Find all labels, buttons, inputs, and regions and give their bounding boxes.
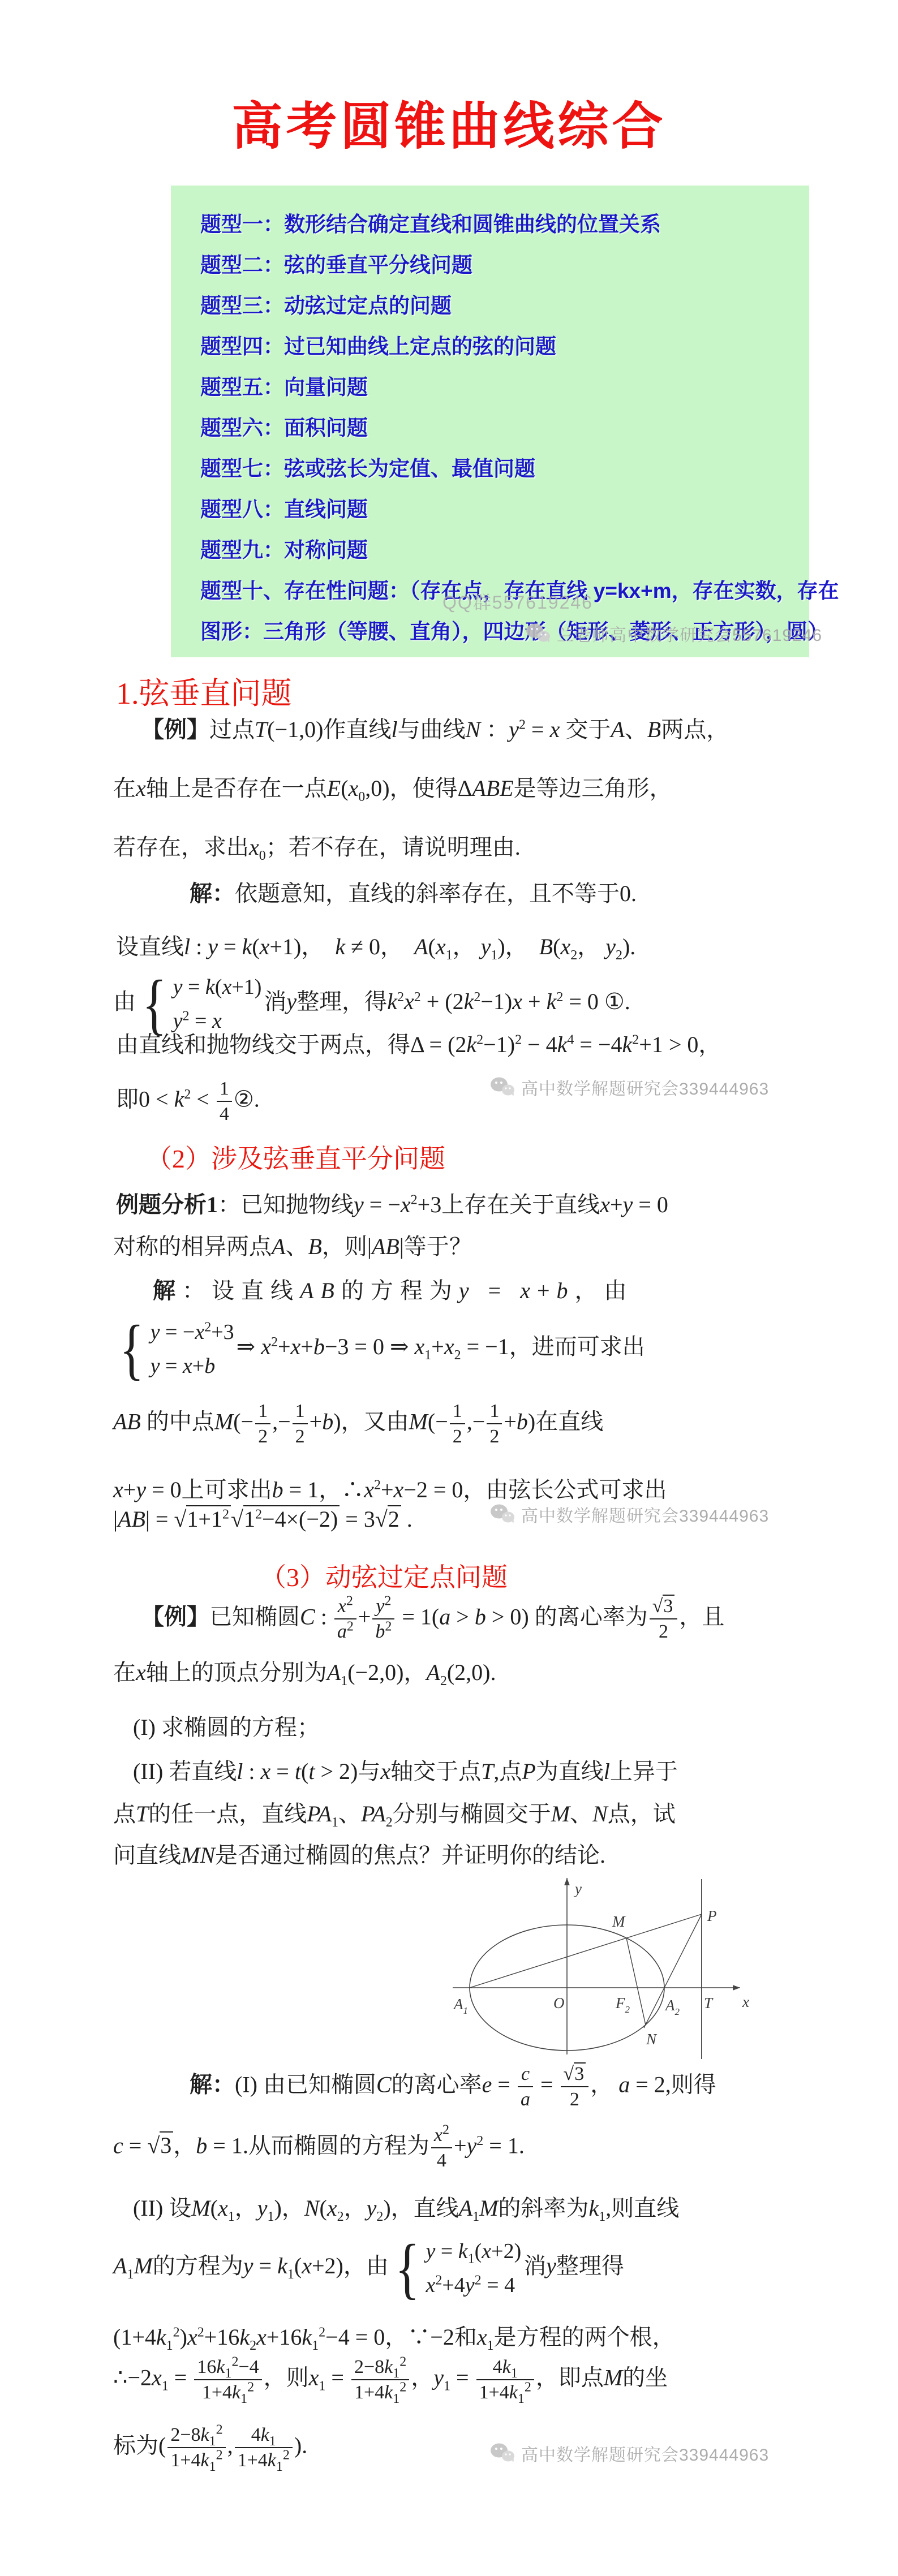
body-line: 由直线和抛物线交于两点，得Δ = (2k2−1)2 − 4k4 = −4k2+1… bbox=[116, 1027, 721, 1059]
body-line: |AB| = √1+12√12−4×(−2) = 3√2 . bbox=[113, 1506, 413, 1532]
wechat-watermark-body-3: 高中数学解题研究会339444963 bbox=[489, 2441, 769, 2466]
body-line: 对称的相异两点A、B，则|AB|等于？ bbox=[113, 1229, 472, 1261]
body-line: 标为(2−8k121+4k12,4k11+4k12). bbox=[113, 2424, 307, 2471]
topic-item-2: 题型二：弦的垂直平分线问题 bbox=[200, 248, 472, 278]
wechat-icon bbox=[489, 2442, 515, 2465]
topic-item-1: 题型一：数形结合确定直线和圆锥曲线的位置关系 bbox=[200, 207, 661, 238]
body-line: 解：(I) 由已知椭圆C的离心率e = ca = √32， a = 2,则得 bbox=[190, 2063, 716, 2110]
segment-A1-P bbox=[470, 1914, 702, 1988]
body-line: 【例】过点T(−1,0)作直线l与曲线N ：y2 = x 交于A、B两点， bbox=[141, 712, 729, 744]
body-line: AB 的中点M(−12,−12+b)，又由M(−12,−12+b)在直线 bbox=[113, 1400, 603, 1448]
figure-label-T: T bbox=[704, 1995, 714, 2011]
figure-label-P: P bbox=[707, 1907, 717, 1924]
body-line: 例题分析1：已知抛物线y = −x2+3上存在关于直线x+y = 0 bbox=[116, 1187, 668, 1219]
section-heading-3: （3）动弦过定点问题 bbox=[260, 1557, 508, 1594]
wechat-watermark-green: 兰老师高中数学研究会557619246 bbox=[525, 621, 822, 646]
topic-item-9: 题型九：对称问题 bbox=[200, 533, 368, 563]
figure-label-M: M bbox=[612, 1913, 626, 1930]
body-line: 在x轴上的顶点分别为A1(−2,0)，A2(2,0). bbox=[113, 1655, 496, 1687]
wechat-watermark-text: 兰老师高中数学研究会557619246 bbox=[557, 621, 822, 646]
wechat-watermark-body-2: 高中数学解题研究会339444963 bbox=[489, 1502, 769, 1527]
body-line: 解：设直线AB的方程为y = x+b，由 bbox=[153, 1273, 634, 1305]
ellipse-figure: y x O A1 F2 A2 T M P N bbox=[390, 1867, 758, 2065]
figure-label-A1: A1 bbox=[453, 1996, 468, 2016]
section-heading-1: 1.弦垂直问题 bbox=[116, 669, 292, 713]
topic-item-4: 题型四：过已知曲线上定点的弦的问题 bbox=[200, 329, 556, 360]
section-heading-2: （2）涉及弦垂直平分问题 bbox=[146, 1138, 445, 1175]
body-line: x+y = 0上可求出b = 1，∴x2+x−2 = 0，由弦长公式可求出 bbox=[113, 1472, 667, 1504]
topic-item-5: 题型五：向量问题 bbox=[200, 370, 368, 400]
body-line: 若存在，求出x0；若不存在，请说明理由. bbox=[113, 829, 521, 861]
figure-label-A2: A2 bbox=[664, 1997, 680, 2017]
topic-item-6: 题型六：面积问题 bbox=[200, 411, 368, 441]
body-line: 设直线l : y = k(x+1)， k ≠ 0， A(x1， y1)， B(x… bbox=[116, 929, 635, 961]
body-line: {y = −x2+3y = x+b⇒ x2+x+b−3 = 0 ⇒ x1+x2 … bbox=[113, 1315, 645, 1383]
page-title: 高考圆锥曲线综合 bbox=[232, 85, 667, 158]
wechat-watermark-text: 高中数学解题研究会339444963 bbox=[521, 1502, 769, 1527]
topic-item-7: 题型七：弦或弦长为定值、最值问题 bbox=[200, 451, 535, 482]
topics-box: 题型一：数形结合确定直线和圆锥曲线的位置关系 题型二：弦的垂直平分线问题 题型三… bbox=[171, 186, 809, 657]
qq-watermark: QQ群557619246 bbox=[442, 588, 593, 614]
body-line: (I) 求椭圆的方程； bbox=[133, 1709, 320, 1742]
body-line: 【例】已知椭圆C : x2a2+y2b2 = 1(a > b > 0) 的离心率… bbox=[141, 1595, 724, 1643]
figure-label-y: y bbox=[573, 1880, 582, 1897]
body-line: (II) 设M(x1，y1)，N(x2，y2)，直线A1M的斜率为k1,则直线 bbox=[133, 2190, 679, 2222]
figure-label-N: N bbox=[646, 2031, 658, 2048]
figure-label-x: x bbox=[742, 1993, 749, 2010]
wechat-icon bbox=[489, 1503, 515, 1526]
body-line: 在x轴上是否存在一点E(x0,0)，使得ΔABE是等边三角形， bbox=[113, 770, 672, 803]
body-line: c = √3，b = 1.从而椭圆的方程为x24+y2 = 1. bbox=[113, 2124, 525, 2172]
body-line: A1M的方程为y = k1(x+2)，由{y = k1(x+2)x2+4y2 =… bbox=[113, 2234, 624, 2302]
body-line: 解：依题意知，直线的斜率存在，且不等于0. bbox=[190, 876, 637, 908]
body-line: (1+4k12)x2+16k2x+16k12−4 = 0，∵−2和x1是方程的两… bbox=[113, 2319, 675, 2351]
wechat-watermark-text: 高中数学解题研究会339444963 bbox=[521, 1075, 769, 1100]
wechat-icon bbox=[489, 1076, 515, 1099]
figure-label-F2: F2 bbox=[615, 1995, 630, 2015]
figure-label-O: O bbox=[553, 1995, 565, 2011]
body-line: ∴−2x1 = 16k12−41+4k12，则x1 = 2−8k121+4k12… bbox=[113, 2356, 668, 2403]
body-line: 即0 < k2 < 14②. bbox=[116, 1078, 260, 1125]
worksheet-page: { "title": "高考圆锥曲线综合", "topics": { "item… bbox=[0, 0, 898, 2576]
wechat-icon bbox=[525, 622, 551, 645]
body-line: (II) 若直线l : x = t(t > 2)与x轴交于点T,点P为直线l上异… bbox=[133, 1754, 678, 1786]
body-line: 点T的任一点，直线PA1、PA2分别与椭圆交于M、N点，试 bbox=[113, 1796, 676, 1828]
wechat-watermark-body-1: 高中数学解题研究会339444963 bbox=[489, 1075, 769, 1100]
body-line: 问直线MN是否通过椭圆的焦点？并证明你的结论. bbox=[113, 1837, 605, 1869]
wechat-watermark-text: 高中数学解题研究会339444963 bbox=[521, 2441, 769, 2466]
topic-item-8: 题型八：直线问题 bbox=[200, 492, 368, 523]
topic-item-3: 题型三：动弦过定点的问题 bbox=[200, 288, 452, 319]
